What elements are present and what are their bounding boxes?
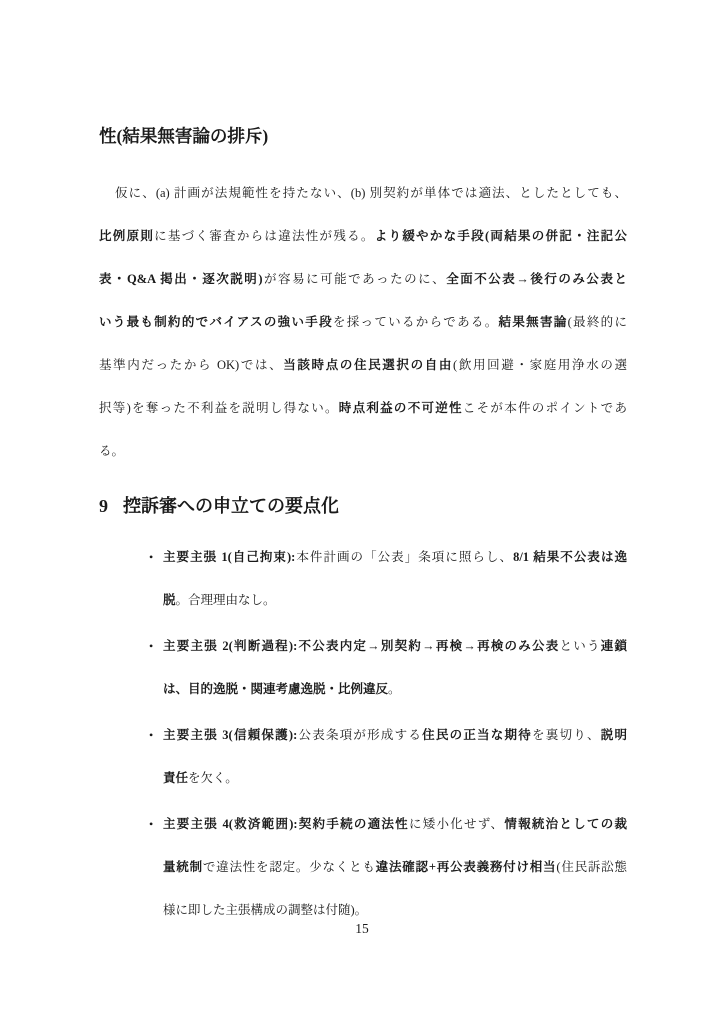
text-line: る。 xyxy=(99,430,627,473)
text-line: 脱。合理理由なし。 xyxy=(163,579,627,622)
bold-text-segment: 8/1 結果不公表は逸 xyxy=(513,550,627,564)
text-line: 比例原則に基づく審査からは違法性が残る。より緩やかな手段(両結果の併記・注記公 xyxy=(99,215,627,258)
text-segment: 択等)を奪った不利益を説明し得ない。 xyxy=(99,401,339,415)
text-line: 表・Q&A 掲出・逐次説明)が容易に可能であったのに、全面不公表→後行のみ公表と xyxy=(99,258,627,301)
page-number: 15 xyxy=(0,919,724,939)
bold-text-segment: 脱 xyxy=(163,593,176,607)
bold-text-segment: 主要主張 1(自己拘束): xyxy=(163,550,295,564)
text-segment: こそが本件のポイントであ xyxy=(463,401,627,415)
body-paragraph: 仮に、(a) 計画が法規範性を持たない、(b) 別契約が単体では適法、としたとし… xyxy=(99,172,627,473)
text-line: 仮に、(a) 計画が法規範性を持たない、(b) 別契約が単体では適法、としたとし… xyxy=(99,172,627,215)
bold-text-segment: 当該時点の住民選択の自由 xyxy=(283,358,453,372)
text-segment: 公表条項が形成する xyxy=(297,728,422,742)
bold-text-segment: 住民の正当な期待 xyxy=(422,728,532,742)
bold-text-segment: 主要主張 2(判断過程):不公表内定→別契約→再検→再検のみ公表 xyxy=(163,639,560,653)
document-page: 性(結果無害論の排斥) 仮に、(a) 計画が法規範性を持たない、(b) 別契約が… xyxy=(0,0,724,1024)
text-line: 責任を欠く。 xyxy=(163,757,627,800)
bullet-list: •主要主張 1(自己拘束):本件計画の「公表」条項に照らし、8/1 結果不公表は… xyxy=(99,536,627,932)
text-line: 主要主張 3(信頼保護):公表条項が形成する住民の正当な期待を裏切り、説明 xyxy=(163,714,627,757)
bold-text-segment: 比例原則 xyxy=(99,229,154,243)
text-line: 基準内だったから OK)では、当該時点の住民選択の自由(飲用回避・家庭用浄水の選 xyxy=(99,344,627,387)
bullet-item: •主要主張 2(判断過程):不公表内定→別契約→再検→再検のみ公表という連鎖は、… xyxy=(99,625,627,711)
bullet-item: •主要主張 4(救済範囲):契約手続の適法性に矮小化せず、情報統治としての裁量統… xyxy=(99,803,627,932)
bold-text-segment: 違法確認+再公表義務付け相当 xyxy=(376,860,557,874)
text-line: 主要主張 2(判断過程):不公表内定→別契約→再検→再検のみ公表という連鎖 xyxy=(163,625,627,668)
text-segment: に基づく審査からは違法性が残る。 xyxy=(154,229,375,243)
text-line: 主要主張 1(自己拘束):本件計画の「公表」条項に照らし、8/1 結果不公表は逸 xyxy=(163,536,627,579)
bullet-item: •主要主張 3(信頼保護):公表条項が形成する住民の正当な期待を裏切り、説明責任… xyxy=(99,714,627,800)
bold-text-segment: 連鎖 xyxy=(601,639,627,653)
bold-text-segment: 情報統治としての裁 xyxy=(504,817,627,831)
text-segment: を裏切り、 xyxy=(532,728,601,742)
partial-heading: 性(結果無害論の排斥) xyxy=(99,122,627,150)
text-segment: が容易に可能であったのに、 xyxy=(263,272,447,286)
text-line: いう最も制約的でバイアスの強い手段を採っているからである。結果無害論(最終的に xyxy=(99,301,627,344)
text-segment: 。 xyxy=(388,682,401,696)
text-segment: (飲用回避・家庭用浄水の選 xyxy=(453,358,627,372)
text-line: 択等)を奪った不利益を説明し得ない。時点利益の不可逆性こそが本件のポイントであ xyxy=(99,387,627,430)
text-line: 量統制で違法性を認定。少なくとも違法確認+再公表義務付け相当(住民訴訟態 xyxy=(163,846,627,889)
bold-text-segment: 結果無害論 xyxy=(499,315,568,329)
bullet-item: •主要主張 1(自己拘束):本件計画の「公表」条項に照らし、8/1 結果不公表は… xyxy=(99,536,627,622)
section-heading: 9控訴審への申立ての要点化 xyxy=(99,491,627,521)
bold-text-segment: 主要主張 4(救済範囲):契約手続の適法性 xyxy=(163,817,409,831)
text-segment: を採っているからである。 xyxy=(333,315,499,329)
text-segment: (最終的に xyxy=(568,315,627,329)
bold-text-segment: 表・Q&A 掲出・逐次説明) xyxy=(99,272,263,286)
text-segment: という xyxy=(560,639,601,653)
bold-text-segment: いう最も制約的でバイアスの強い手段 xyxy=(99,315,333,329)
text-segment: る。 xyxy=(99,444,124,458)
text-segment: に矮小化せず、 xyxy=(409,817,504,831)
text-segment: で違法性を認定。少なくとも xyxy=(203,860,376,874)
section-title: 控訴審への申立ての要点化 xyxy=(123,496,339,516)
bold-text-segment: より緩やかな手段(両結果の併記・注記公 xyxy=(375,229,627,243)
bullet-marker-icon: • xyxy=(149,536,153,579)
text-segment: 様に即した主張構成の調整は付随)。 xyxy=(163,903,367,917)
text-segment: を欠く。 xyxy=(188,771,238,785)
text-line: は、目的逸脱・関連考慮逸脱・比例違反。 xyxy=(163,668,627,711)
bold-text-segment: 説明 xyxy=(601,728,627,742)
bold-text-segment: 時点利益の不可逆性 xyxy=(339,401,463,415)
text-segment: 。合理理由なし。 xyxy=(176,593,276,607)
bold-text-segment: 責任 xyxy=(163,771,188,785)
bullet-marker-icon: • xyxy=(149,714,153,757)
text-segment: (住民訴訟態 xyxy=(556,860,627,874)
bold-text-segment: は、目的逸脱・関連考慮逸脱・比例違反 xyxy=(163,682,388,696)
section-number: 9 xyxy=(99,496,108,516)
bullet-marker-icon: • xyxy=(149,625,153,668)
text-segment: 基準内だったから OK)では、 xyxy=(99,358,283,372)
text-segment: 仮に、(a) 計画が法規範性を持たない、(b) 別契約が単体では適法、としたとし… xyxy=(115,186,627,200)
text-segment: 本件計画の「公表」条項に照らし、 xyxy=(295,550,513,564)
bold-text-segment: 主要主張 3(信頼保護): xyxy=(163,728,297,742)
bullet-marker-icon: • xyxy=(149,803,153,846)
bold-text-segment: 量統制 xyxy=(163,860,203,874)
bold-text-segment: 全面不公表→後行のみ公表と xyxy=(446,272,627,286)
text-line: 主要主張 4(救済範囲):契約手続の適法性に矮小化せず、情報統治としての裁 xyxy=(163,803,627,846)
